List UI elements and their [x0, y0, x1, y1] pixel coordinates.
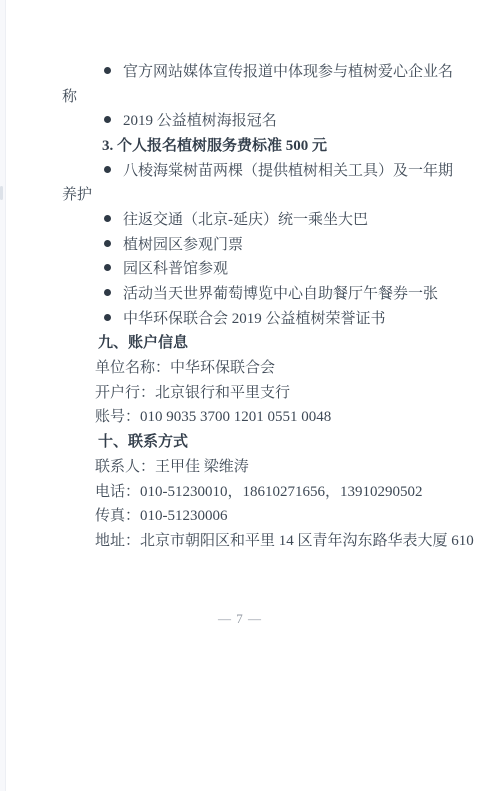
line-text: 养护 [62, 183, 92, 204]
document-line-bullet: 2019 公益植树海报冠名 [62, 107, 444, 132]
line-text: 账号：010 9035 3700 1201 0551 0048 [95, 405, 331, 426]
line-text: 官方网站媒体宣传报道中体现参与植树爱心企业名 [123, 60, 453, 81]
document-line-wrap: 称 [62, 83, 444, 108]
line-text: 活动当天世界葡萄博览中心自助餐厅午餐券一张 [123, 282, 438, 303]
line-text: 单位名称：中华环保联合会 [95, 356, 275, 377]
line-text: 中华环保联合会 2019 公益植树荣誉证书 [123, 307, 386, 328]
document-line-bullet: 园区科普馆参观 [62, 256, 444, 281]
document-page: 官方网站媒体宣传报道中体现参与植树爱心企业名称2019 公益植树海报冠名3. 个… [0, 0, 480, 791]
document-line-section: 九、账户信息 [62, 330, 444, 355]
line-text: 3. 个人报名植树服务费标准 500 元 [102, 134, 327, 155]
document-line-bullet: 活动当天世界葡萄博览中心自助餐厅午餐券一张 [62, 280, 444, 305]
line-text: 十、联系方式 [98, 430, 188, 451]
line-text: 2019 公益植树海报冠名 [123, 109, 277, 130]
page-edge-line [5, 0, 6, 791]
document-line-bullet: 中华环保联合会 2019 公益植树荣誉证书 [62, 305, 444, 330]
line-text: 联系人：王甲佳 梁维涛 [95, 455, 249, 476]
document-line-bullet: 官方网站媒体宣传报道中体现参与植树爱心企业名 [62, 58, 444, 83]
document-line-body: 传真：010-51230006 [62, 502, 444, 527]
line-text: 电话：010-51230010，18610271656，13910290502 [95, 480, 423, 501]
document-line-body: 单位名称：中华环保联合会 [62, 354, 444, 379]
document-line-section: 十、联系方式 [62, 428, 444, 453]
bullet-icon [104, 289, 111, 296]
document-line-heading: 3. 个人报名植树服务费标准 500 元 [62, 132, 444, 157]
document-line-body: 电话：010-51230010，18610271656，13910290502 [62, 478, 444, 503]
bullet-icon [104, 314, 111, 321]
document-line-body: 开户行：北京银行和平里支行 [62, 379, 444, 404]
document-line-bullet: 八棱海棠树苗两棵（提供植树相关工具）及一年期 [62, 157, 444, 182]
scan-artifact [0, 186, 3, 200]
document-line-body: 联系人：王甲佳 梁维涛 [62, 453, 444, 478]
line-text: 往返交通（北京-延庆）统一乘坐大巴 [123, 208, 368, 229]
line-text: 开户行：北京银行和平里支行 [95, 381, 290, 402]
line-text: 地址：北京市朝阳区和平里 14 区青年沟东路华表大厦 610 [95, 529, 474, 550]
line-text: 九、账户信息 [98, 331, 188, 352]
page-number: — 7 — [0, 611, 480, 627]
document-line-bullet: 往返交通（北京-延庆）统一乘坐大巴 [62, 206, 444, 231]
bullet-icon [104, 67, 111, 74]
document-content: 官方网站媒体宣传报道中体现参与植树爱心企业名称2019 公益植树海报冠名3. 个… [62, 58, 444, 552]
document-line-body: 账号：010 9035 3700 1201 0551 0048 [62, 404, 444, 429]
bullet-icon [104, 215, 111, 222]
bullet-icon [104, 116, 111, 123]
document-line-wrap: 养护 [62, 181, 444, 206]
line-text: 传真：010-51230006 [95, 504, 228, 525]
document-line-body: 地址：北京市朝阳区和平里 14 区青年沟东路华表大厦 610 [62, 527, 444, 552]
bullet-icon [104, 240, 111, 247]
line-text: 称 [62, 85, 77, 106]
line-text: 园区科普馆参观 [123, 257, 228, 278]
line-text: 八棱海棠树苗两棵（提供植树相关工具）及一年期 [123, 159, 453, 180]
line-text: 植树园区参观门票 [123, 233, 243, 254]
bullet-icon [104, 166, 111, 173]
document-line-bullet: 植树园区参观门票 [62, 231, 444, 256]
bullet-icon [104, 264, 111, 271]
